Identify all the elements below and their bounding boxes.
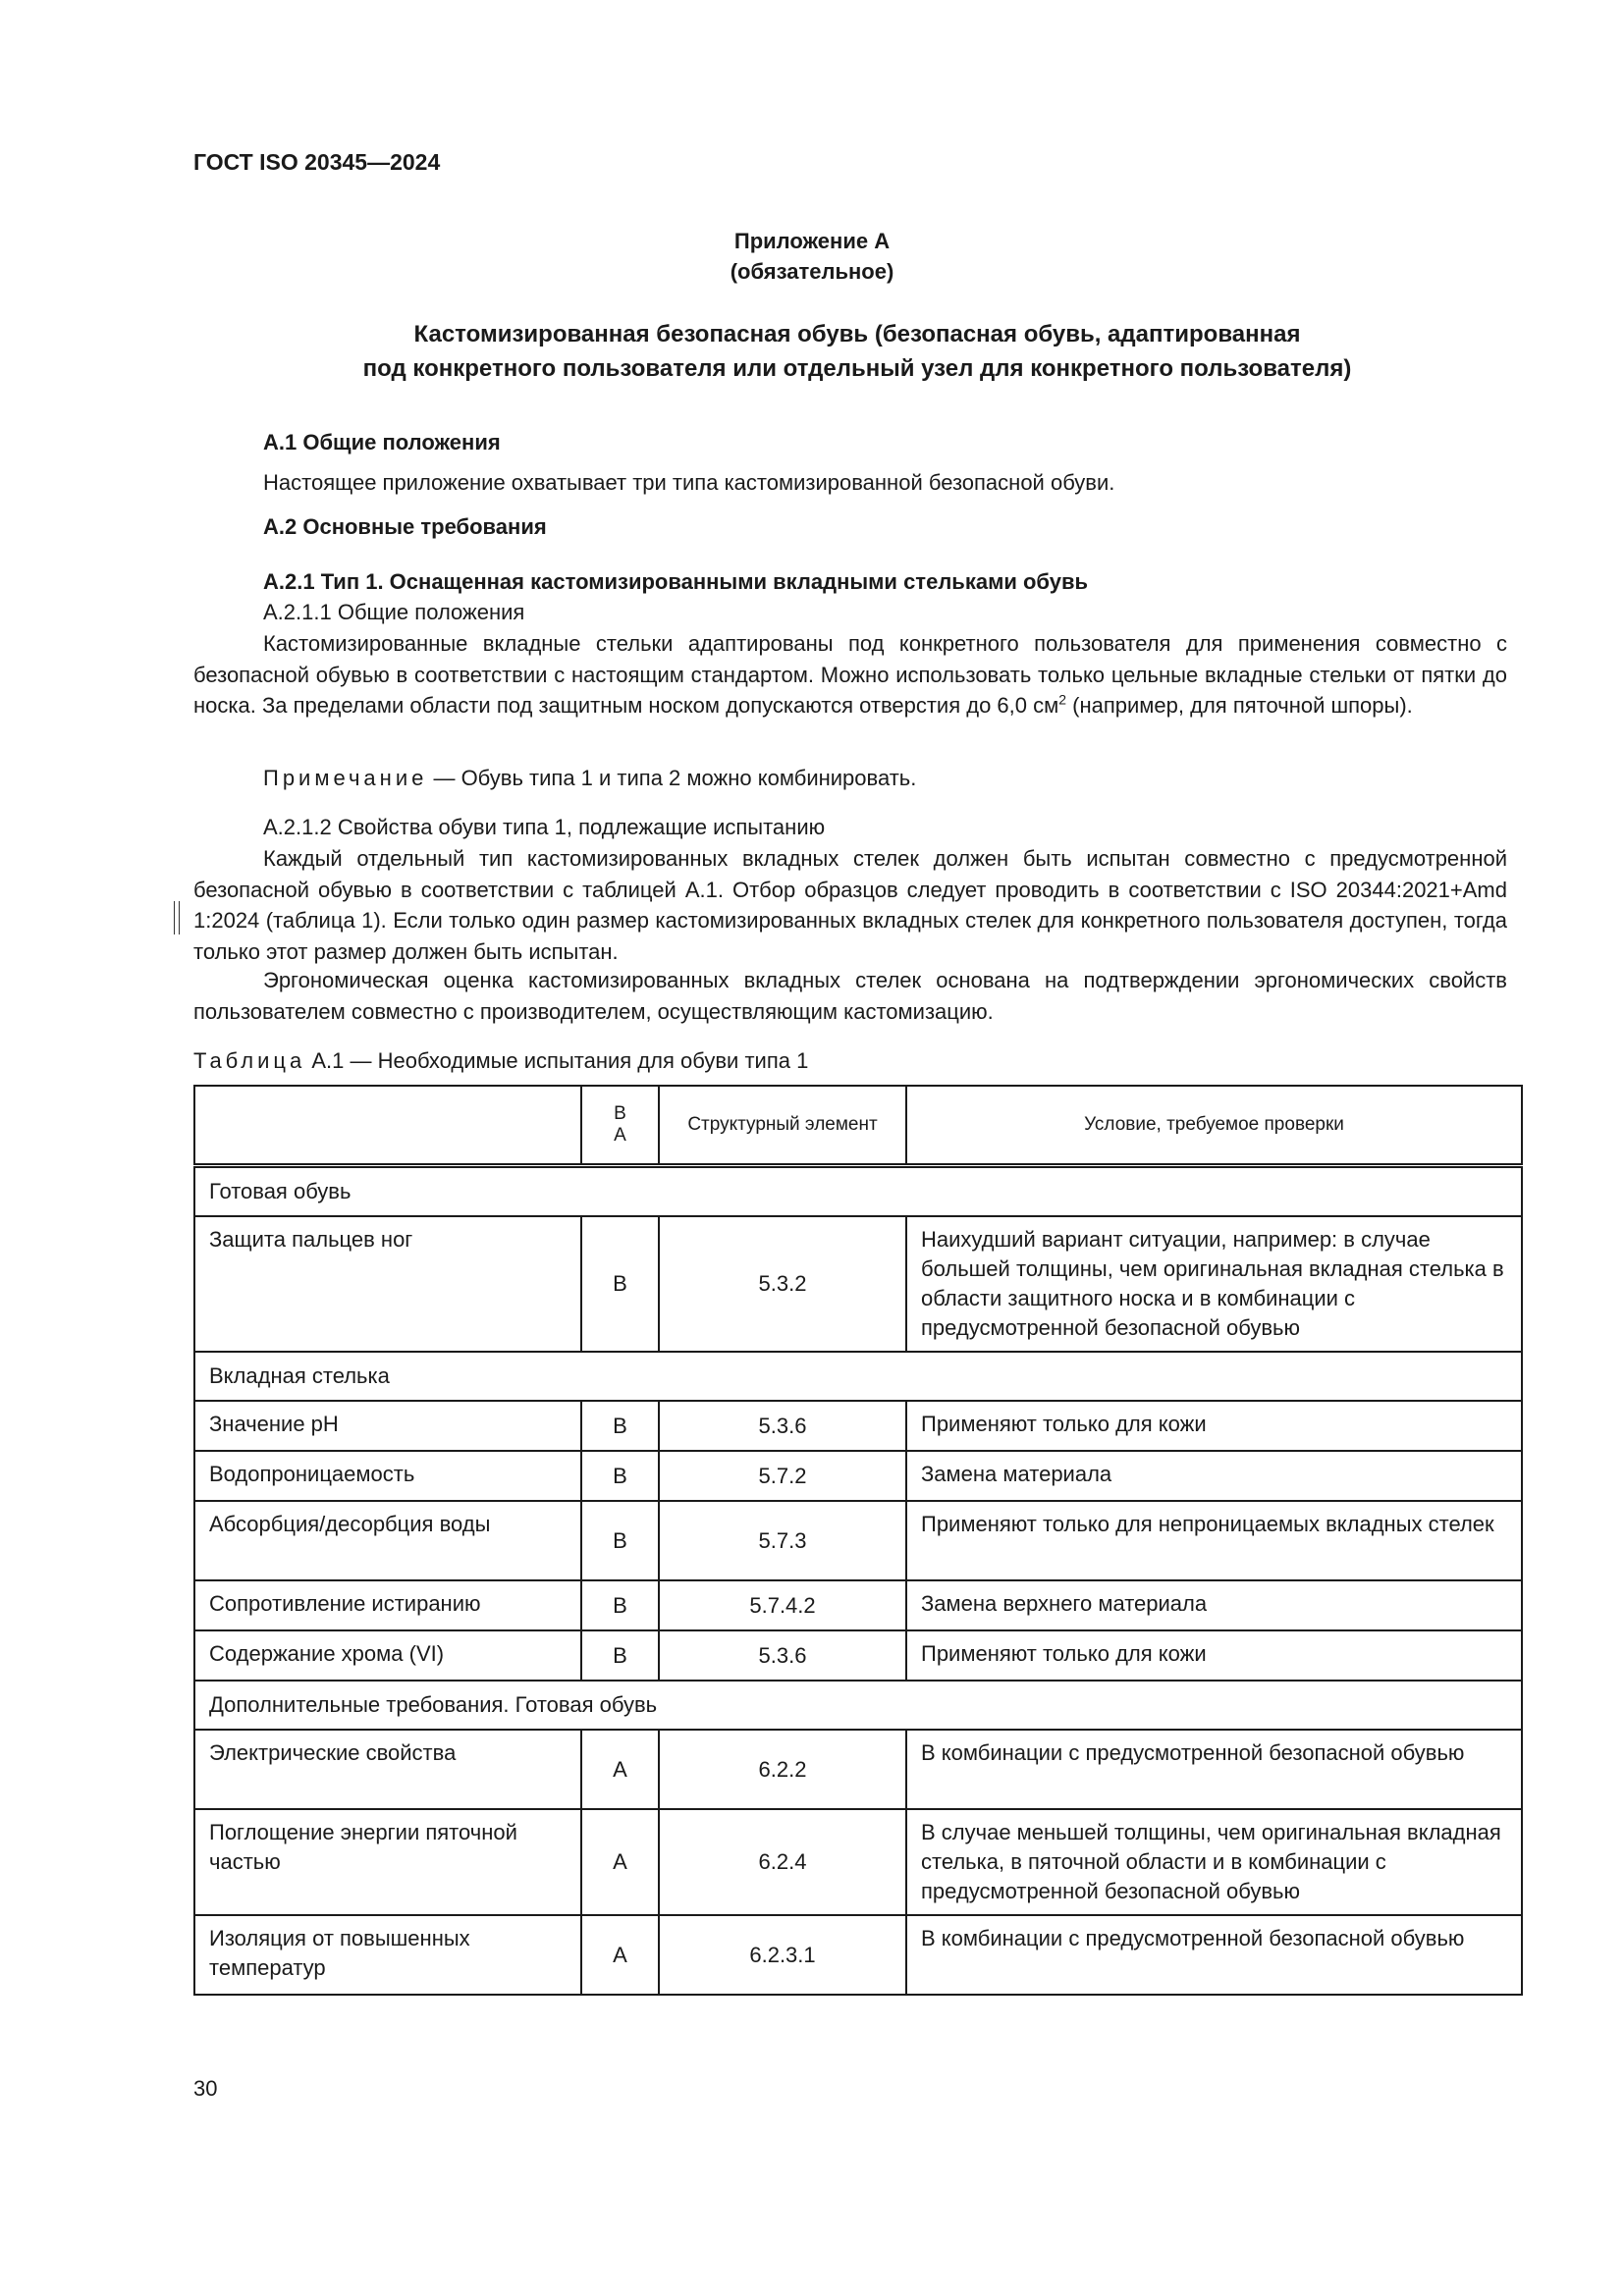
table-row: Изоляция от повышенных температурА6.2.3.… [194, 1915, 1522, 1995]
header-clause: Структурный элемент [659, 1086, 906, 1166]
section-a211-heading: А.2.1.1 Общие положения [263, 600, 1507, 625]
table-row: Электрические свойстваА6.2.2В комбинации… [194, 1730, 1522, 1809]
group-title: Вкладная стелька [194, 1352, 1522, 1401]
cell-clause: 5.7.4.2 [659, 1580, 906, 1630]
change-bar-marker [174, 901, 180, 934]
table-row: Значение pHВ5.3.6Применяют только для ко… [194, 1401, 1522, 1451]
table-header-row: ВА Структурный элемент Условие, требуемо… [194, 1086, 1522, 1166]
cell-clause: 5.3.2 [659, 1216, 906, 1352]
cell-condition: Замена материала [906, 1451, 1522, 1501]
table-row: Содержание хрома (VI)В5.3.6Применяют тол… [194, 1630, 1522, 1681]
cell-condition: В комбинации с предусмотренной безопасно… [906, 1730, 1522, 1809]
cell-ba: В [581, 1501, 659, 1580]
table-row: ВодопроницаемостьВ5.7.2Замена материала [194, 1451, 1522, 1501]
note: Примечание — Обувь типа 1 и типа 2 можно… [263, 766, 1507, 791]
cell-property: Значение pH [194, 1401, 581, 1451]
cell-property: Изоляция от повышенных температур [194, 1915, 581, 1995]
annex-title-block: Приложение А (обязательное) [0, 226, 1624, 287]
note-label: Примечание [263, 766, 427, 790]
group-title: Дополнительные требования. Готовая обувь [194, 1681, 1522, 1730]
cell-property: Электрические свойства [194, 1730, 581, 1809]
cell-ba: В [581, 1580, 659, 1630]
section-a212-paragraph-2: Эргономическая оценка кастомизированных … [193, 965, 1507, 1027]
cell-ba: В [581, 1401, 659, 1451]
section-a21-heading: А.2.1 Тип 1. Оснащенная кастомизированны… [263, 569, 1507, 595]
cell-condition: Наихудший вариант ситуации, например: в … [906, 1216, 1522, 1352]
table-caption-text: А.1 — Необходимые испытания для обуви ти… [305, 1048, 808, 1073]
cell-condition: Применяют только для кожи [906, 1630, 1522, 1681]
cell-property: Защита пальцев ног [194, 1216, 581, 1352]
cell-clause: 5.7.3 [659, 1501, 906, 1580]
header-ba-bottom: А [582, 1125, 658, 1147]
cell-property: Содержание хрома (VI) [194, 1630, 581, 1681]
page-number: 30 [193, 2076, 217, 2102]
cell-property: Поглощение энергии пяточной частью [194, 1809, 581, 1915]
table-group-row: Вкладная стелька [194, 1352, 1522, 1401]
table-row: Абсорбция/десорбция водыВ5.7.3Применяют … [194, 1501, 1522, 1580]
cell-condition: В комбинации с предусмотренной безопасно… [906, 1915, 1522, 1995]
cell-clause: 6.2.4 [659, 1809, 906, 1915]
section-a211-paragraph: Кастомизированные вкладные стельки адапт… [193, 628, 1507, 721]
cell-ba: В [581, 1630, 659, 1681]
a211-superscript: 2 [1058, 692, 1066, 708]
section-a2-heading: А.2 Основные требования [263, 514, 1507, 540]
header-condition: Условие, требуемое проверки [906, 1086, 1522, 1166]
cell-property: Абсорбция/десорбция воды [194, 1501, 581, 1580]
annex-heading: Кастомизированная безопасная обувь (безо… [193, 317, 1521, 386]
cell-ba: А [581, 1730, 659, 1809]
cell-clause: 5.3.6 [659, 1630, 906, 1681]
header-property [194, 1086, 581, 1166]
cell-property: Водопроницаемость [194, 1451, 581, 1501]
cell-condition: Применяют только для кожи [906, 1401, 1522, 1451]
table-caption-label: Таблица [193, 1048, 305, 1073]
note-text: — Обувь типа 1 и типа 2 можно комбиниров… [427, 766, 916, 790]
header-ba-top: В [582, 1103, 658, 1125]
cell-clause: 5.7.2 [659, 1451, 906, 1501]
annex-heading-line-1: Кастомизированная безопасная обувь (безо… [193, 317, 1521, 351]
table-caption: Таблица А.1 — Необходимые испытания для … [193, 1048, 808, 1074]
section-a1-text: Настоящее приложение охватывает три типа… [263, 470, 1507, 496]
a211-tail: (например, для пяточной шпоры). [1066, 693, 1413, 718]
section-a212-heading: А.2.1.2 Свойства обуви типа 1, подлежащи… [263, 815, 1507, 840]
section-a1-heading: А.1 Общие положения [263, 430, 1507, 455]
requirements-table: ВА Структурный элемент Условие, требуемо… [193, 1085, 1523, 1996]
cell-ba: А [581, 1915, 659, 1995]
group-title: Готовая обувь [194, 1166, 1522, 1217]
cell-property: Сопротивление истиранию [194, 1580, 581, 1630]
annex-title: Приложение А [0, 226, 1624, 256]
cell-clause: 6.2.3.1 [659, 1915, 906, 1995]
annex-heading-line-2: под конкретного пользователя или отдельн… [193, 351, 1521, 386]
table-row: Защита пальцев ногВ5.3.2Наихудший вариан… [194, 1216, 1522, 1352]
table-row: Сопротивление истираниюВ5.7.4.2Замена ве… [194, 1580, 1522, 1630]
header-ba: ВА [581, 1086, 659, 1166]
annex-status: (обязательное) [0, 256, 1624, 287]
table-group-row: Готовая обувь [194, 1166, 1522, 1217]
cell-ba: В [581, 1451, 659, 1501]
cell-condition: Применяют только для непроницаемых вклад… [906, 1501, 1522, 1580]
table-group-row: Дополнительные требования. Готовая обувь [194, 1681, 1522, 1730]
cell-clause: 6.2.2 [659, 1730, 906, 1809]
cell-ba: В [581, 1216, 659, 1352]
table-row: Поглощение энергии пяточной частьюА6.2.4… [194, 1809, 1522, 1915]
section-a212-paragraph: Каждый отдельный тип кастомизированных в… [193, 843, 1507, 967]
cell-clause: 5.3.6 [659, 1401, 906, 1451]
document-code: ГОСТ ISO 20345—2024 [193, 149, 440, 176]
cell-condition: Замена верхнего материала [906, 1580, 1522, 1630]
cell-ba: А [581, 1809, 659, 1915]
cell-condition: В случае меньшей толщины, чем оригинальн… [906, 1809, 1522, 1915]
